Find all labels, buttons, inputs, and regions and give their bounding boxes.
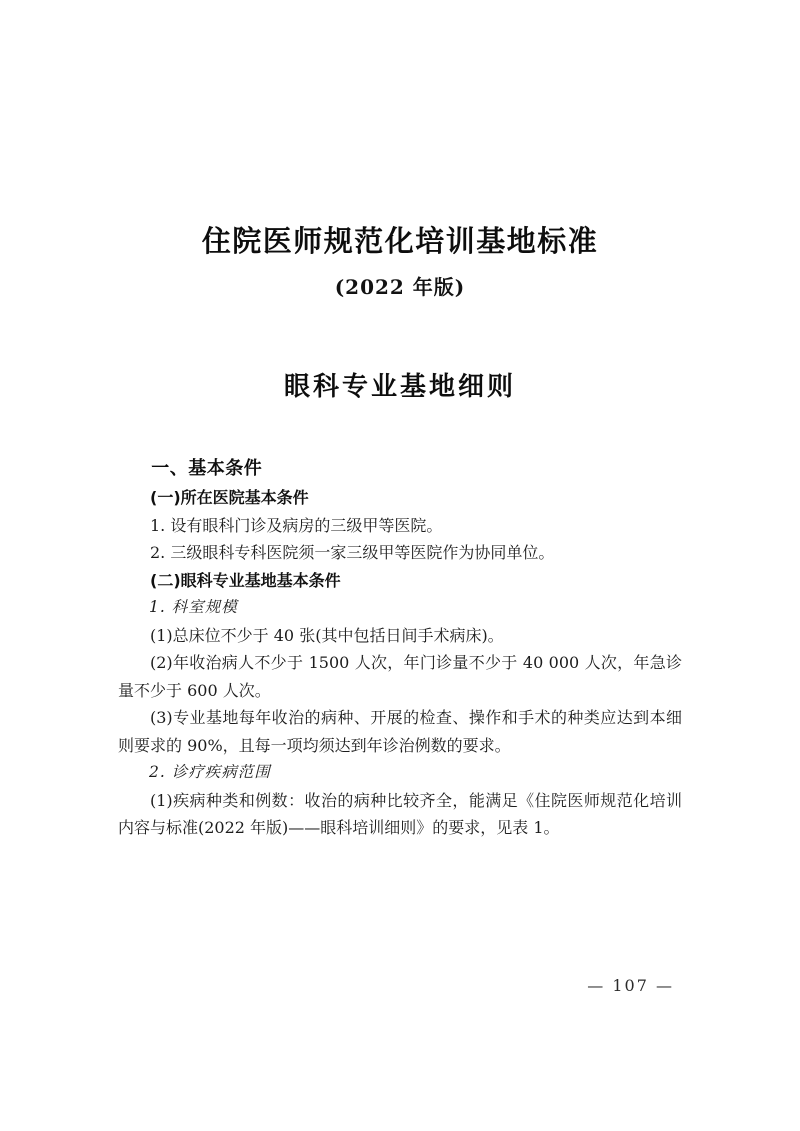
paragraph-kaiti: 1. 科室规模 (118, 594, 682, 622)
paragraph-body: 2. 三级眼科专科医院须一家三级甲等医院作为协同单位。 (118, 539, 682, 567)
paragraph-body: 1. 设有眼科门诊及病房的三级甲等医院。 (118, 512, 682, 540)
paragraph-h2: (二)眼科专业基地基本条件 (118, 567, 682, 595)
page-number: — 107 — (587, 976, 674, 995)
paragraph-h1: 一、基本条件 (118, 454, 682, 484)
document-title: 住院医师规范化培训基地标准 (0, 224, 800, 258)
document-edition: (2022 年版) (0, 274, 800, 300)
paragraph-h2: (一)所在医院基本条件 (118, 484, 682, 512)
paragraph-body: (3)专业基地每年收治的病种、开展的检查、操作和手术的种类应达到本细则要求的 9… (118, 704, 682, 759)
paragraph-body: (1)疾病种类和例数：收治的病种比较齐全，能满足《住院医师规范化培训内容与标准(… (118, 787, 682, 842)
document-page: 住院医师规范化培训基地标准 (2022 年版) 眼科专业基地细则 一、基本条件(… (0, 0, 800, 1131)
document-body: 一、基本条件(一)所在医院基本条件1. 设有眼科门诊及病房的三级甲等医院。2. … (118, 454, 682, 842)
paragraph-kaiti: 2. 诊疗疾病范围 (118, 759, 682, 787)
section-title: 眼科专业基地细则 (0, 372, 800, 402)
paragraph-body: (2)年收治病人不少于 1500 人次，年门诊量不少于 40 000 人次，年急… (118, 649, 682, 704)
paragraph-body: (1)总床位不少于 40 张(其中包括日间手术病床)。 (118, 622, 682, 650)
